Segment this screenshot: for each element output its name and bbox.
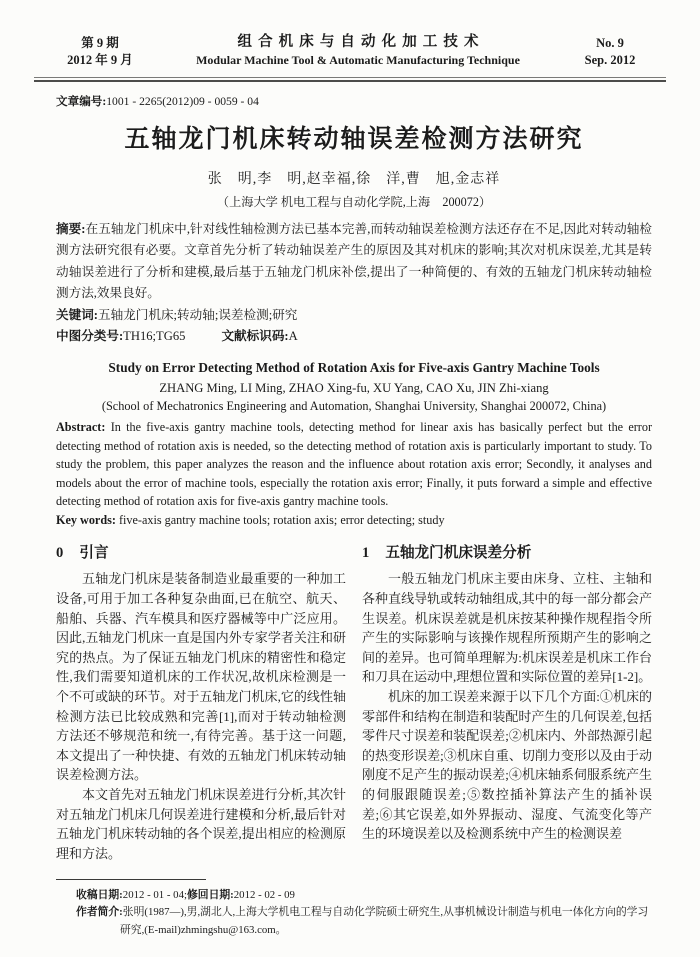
paper-title-en: Study on Error Detecting Method of Rotat… [56, 359, 652, 377]
affiliation-en: (School of Mechatronics Engineering and … [56, 399, 652, 414]
revised-date-label: 修回日期: [187, 889, 234, 901]
keywords-en: Key words: five-axis gantry machine tool… [56, 511, 652, 530]
section-heading-error-analysis: 1五轴龙门机床误差分析 [362, 544, 652, 562]
keywords-cn: 关键词:五轴龙门机床;转动轴;误差检测;研究 [56, 305, 652, 326]
journal-name-cn: 组合机床与自动化加工技术 [154, 34, 562, 51]
revised-date-value: 2012 - 02 - 09 [234, 889, 295, 901]
two-column-body: 0引言 五轴龙门机床是装备制造业最重要的一种加工设备,可用于加工各种复杂曲面,已… [56, 540, 652, 863]
authors-cn: 张 明,李 明,赵幸福,徐 洋,曹 旭,金志祥 [56, 168, 652, 188]
header-divider-rule [34, 77, 666, 82]
journal-title-block: 组合机床与自动化加工技术 Modular Machine Tool & Auto… [154, 34, 562, 69]
section-error-analysis: 1五轴龙门机床误差分析 一般五轴龙门机床主要由床身、立柱、主轴和各种直线导轨或转… [362, 540, 652, 863]
received-date-value: 2012 - 01 - 04; [123, 889, 187, 901]
issue-number-cn: 第 9 期 [46, 35, 154, 52]
article-body: 文章编号:1001 - 2265(2012)09 - 0059 - 04 五轴龙… [0, 93, 700, 863]
clc-label: 中图分类号: [56, 329, 123, 343]
abstract-cn: 摘要:在五轴龙门机床中,针对线性轴检测方法已基本完善,而转动轴误差检测方法还存在… [56, 219, 652, 305]
paragraph: 本文首先对五轴龙门机床误差进行分析,其次针对五轴龙门机床几何误差进行建模和分析,… [56, 785, 346, 863]
issue-date-en: Sep. 2012 [562, 52, 658, 69]
abstract-text-en: In the five-axis gantry machine tools, d… [56, 420, 652, 508]
paragraph: 五轴龙门机床是装备制造业最重要的一种加工设备,可用于加工各种复杂曲面,已在航空、… [56, 569, 346, 785]
article-number-value: 1001 - 2265(2012)09 - 0059 - 04 [106, 95, 259, 108]
keywords-text-cn: 五轴龙门机床;转动轴;误差检测;研究 [98, 308, 297, 322]
abstract-text-cn: 在五轴龙门机床中,针对线性轴检测方法已基本完善,而转动轴误差检测方法还存在不足,… [56, 222, 652, 300]
article-number-line: 文章编号:1001 - 2265(2012)09 - 0059 - 04 [56, 93, 652, 109]
abstract-en: Abstract: In the five-axis gantry machin… [56, 418, 652, 511]
abstract-label-en: Abstract: [56, 420, 105, 434]
footnote-divider-rule [56, 879, 206, 880]
header-issue-block-cn: 第 9 期 2012 年 9 月 [46, 35, 154, 69]
author-biography-line: 作者简介:张明(1987—),男,湖北人,上海大学机电工程与自动化学院硕士研究生… [56, 904, 656, 939]
issue-date-cn: 2012 年 9 月 [46, 52, 154, 69]
author-bio-label: 作者简介: [76, 906, 123, 918]
classification-line: 中图分类号:TH16;TG65文献标识码:A [56, 326, 652, 347]
section-number: 1 [362, 545, 369, 561]
paper-title-cn: 五轴龙门机床转动轴误差检测方法研究 [56, 124, 652, 156]
keywords-label-cn: 关键词: [56, 308, 98, 322]
authors-en: ZHANG Ming, LI Ming, ZHAO Xing-fu, XU Ya… [56, 381, 652, 396]
paragraph: 机床的加工误差来源于以下几个方面:①机床的零部件和结构在制造和装配时产生的几何误… [362, 687, 652, 844]
document-code-value: A [289, 329, 298, 343]
page-footnote: 收稿日期:2012 - 01 - 04;修回日期:2012 - 02 - 09 … [56, 874, 656, 939]
paragraph: 一般五轴龙门机床主要由床身、立柱、主轴和各种直线导轨或转动轴组成,其中的每一部分… [362, 569, 652, 687]
section-title: 引言 [79, 545, 108, 561]
footnote-dates-line: 收稿日期:2012 - 01 - 04;修回日期:2012 - 02 - 09 [56, 887, 656, 904]
journal-article-page: 第 9 期 2012 年 9 月 组合机床与自动化加工技术 Modular Ma… [0, 0, 700, 957]
abstract-label-cn: 摘要: [56, 222, 86, 236]
section-title: 五轴龙门机床误差分析 [385, 545, 531, 561]
document-code-label: 文献标识码: [221, 329, 288, 343]
issue-number-en: No. 9 [562, 35, 658, 52]
clc-value: TH16;TG65 [123, 329, 185, 343]
author-bio-text: 张明(1987—),男,湖北人,上海大学机电工程与自动化学院硕士研究生,从事机械… [120, 906, 648, 935]
received-date-label: 收稿日期: [76, 889, 123, 901]
journal-name-en: Modular Machine Tool & Automatic Manufac… [154, 52, 562, 69]
affiliation-cn: （上海大学 机电工程与自动化学院,上海 200072） [56, 193, 652, 210]
article-number-label: 文章编号: [56, 95, 106, 108]
section-number: 0 [56, 545, 63, 561]
section-heading-introduction: 0引言 [56, 544, 346, 562]
keywords-text-en: five-axis gantry machine tools; rotation… [119, 513, 445, 527]
section-introduction: 0引言 五轴龙门机床是装备制造业最重要的一种加工设备,可用于加工各种复杂曲面,已… [56, 540, 346, 863]
header-issue-block-en: No. 9 Sep. 2012 [562, 35, 658, 69]
journal-header: 第 9 期 2012 年 9 月 组合机床与自动化加工技术 Modular Ma… [0, 0, 700, 77]
keywords-label-en: Key words: [56, 513, 116, 527]
